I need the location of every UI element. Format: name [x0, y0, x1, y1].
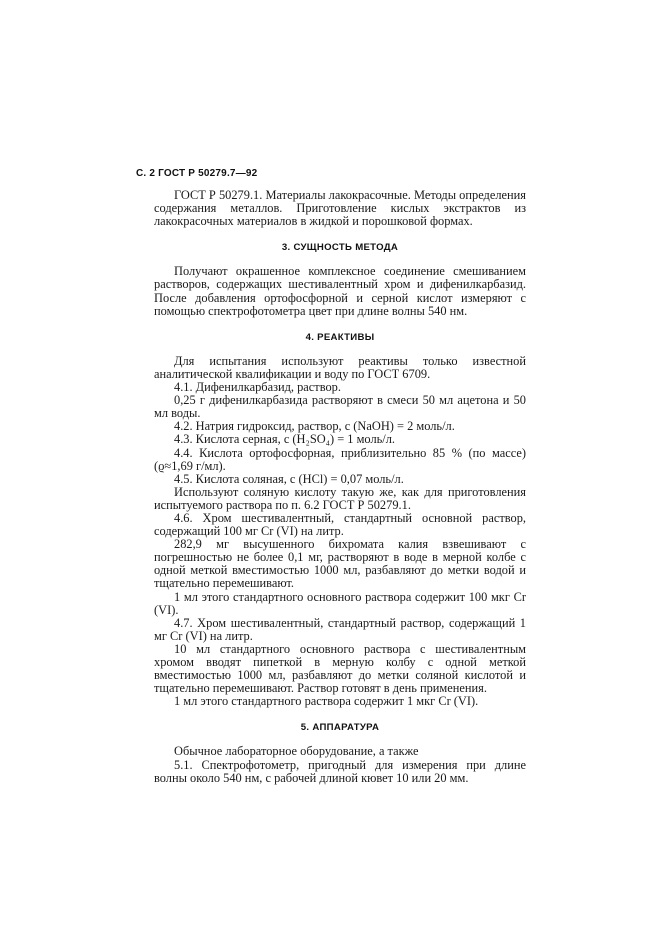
paragraph: 1 мл этого стандартного основного раство… — [154, 591, 526, 617]
section-heading-reagents: 4. РЕАКТИВЫ — [154, 331, 526, 344]
paragraph: 4.5. Кислота соляная, c (HCl) = 0,07 мол… — [154, 473, 526, 486]
paragraph: 0,25 г дифенилкарбазида растворяют в сме… — [154, 394, 526, 420]
paragraph: 4.3. Кислота серная, c (H₂SO₄) = 1 моль/… — [154, 433, 526, 446]
paragraph: Получают окрашенное комплексное соединен… — [154, 265, 526, 317]
paragraph: Используют соляную кислоту такую же, как… — [154, 486, 526, 512]
paragraph: 282,9 мг высушенного бихромата калия взв… — [154, 538, 526, 590]
intro-paragraph: ГОСТ Р 50279.1. Материалы лакокрасочные.… — [154, 189, 526, 228]
paragraph: Для испытания используют реактивы только… — [154, 355, 526, 381]
section-heading-principle: 3. СУЩНОСТЬ МЕТОДА — [154, 241, 526, 254]
paragraph: 4.7. Хром шестивалентный, стандартный ра… — [154, 617, 526, 643]
paragraph: 4.6. Хром шестивалентный, стандартный ос… — [154, 512, 526, 538]
paragraph: 5.1. Спектрофотометр, пригодный для изме… — [154, 759, 526, 785]
paragraph: 10 мл стандартного основного раствора с … — [154, 643, 526, 695]
paragraph: Обычное лабораторное оборудование, а так… — [154, 745, 526, 758]
spacer — [154, 168, 526, 189]
paragraph: 4.4. Кислота ортофосфорная, приблизитель… — [154, 447, 526, 473]
section-heading-apparatus: 5. АППАРАТУРА — [154, 721, 526, 734]
paragraph: 1 мл этого стандартного раствора содержи… — [154, 695, 526, 708]
document-page: ГОСТ Р 50279.1. Материалы лакокрасочные.… — [154, 168, 526, 785]
